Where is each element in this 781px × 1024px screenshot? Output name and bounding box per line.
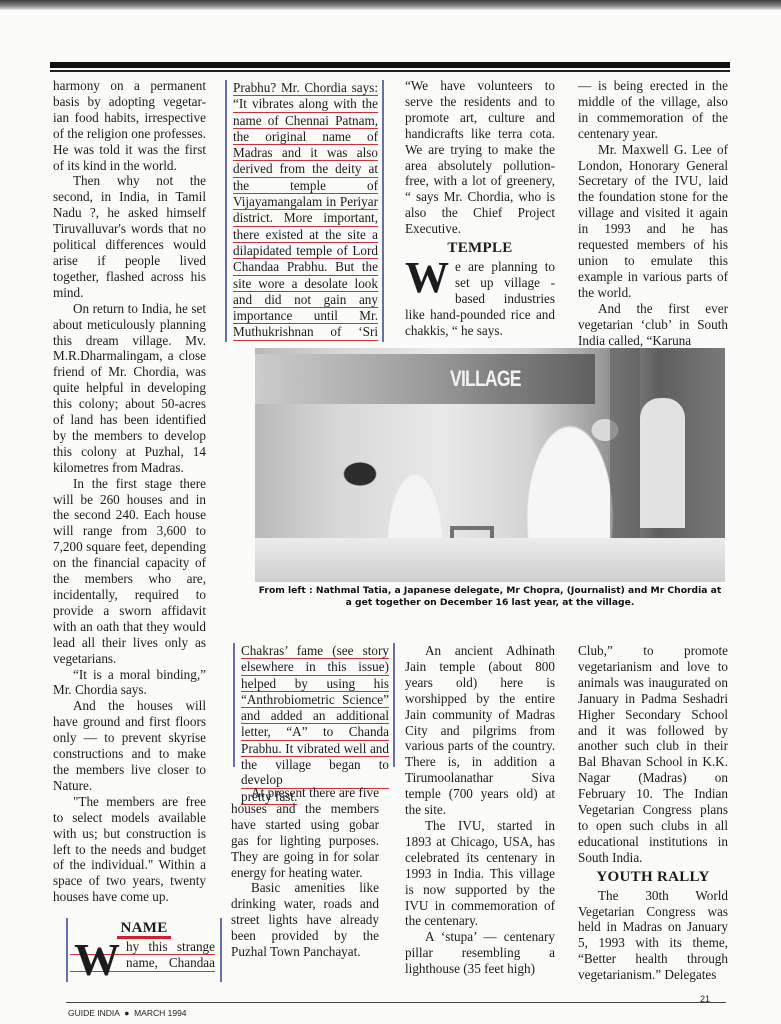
underlined-line: Chakras’ fame (see story bbox=[241, 643, 389, 659]
page-number: 21 bbox=[700, 994, 710, 1004]
paragraph: The 30th World Vegetarian Congress was h… bbox=[578, 888, 728, 983]
paragraph: On return to India, he set about meticul… bbox=[53, 301, 206, 476]
underlined-line: Muthukrishnan of ‘Sri bbox=[233, 324, 378, 340]
bullet-icon: ● bbox=[122, 1008, 132, 1018]
underlined-line: letter, “A” to Chanda bbox=[241, 724, 389, 740]
paragraph: An ancient Adhinath Jain temple (about 8… bbox=[405, 643, 555, 818]
paragraph: And the first ever vegetarian ‘club’ in … bbox=[578, 301, 728, 349]
underlined-line: Chandaa Prabhu. But the bbox=[233, 259, 378, 275]
underlined-line: Madras and it was also bbox=[233, 145, 378, 161]
underlined-line: dilapidated temple of Lord bbox=[233, 243, 378, 259]
underlined-line: the village began to develop bbox=[241, 757, 389, 789]
photo-doorway bbox=[640, 398, 685, 528]
paragraph: A ‘stupa’ — centenary pillar resembling … bbox=[405, 929, 555, 977]
section-heading-youth-rally: YOUTH RALLY bbox=[578, 870, 728, 886]
paragraph: "The members are free to select models a… bbox=[53, 794, 206, 905]
header-rule-thin bbox=[50, 70, 730, 72]
paragraph: Club,” to promote vegetarianism and love… bbox=[578, 643, 728, 866]
paragraph: “We have volunteers to serve the residen… bbox=[405, 78, 555, 237]
underlined-line: the original name of bbox=[233, 129, 378, 145]
underlined-line: and added an additional bbox=[241, 708, 389, 724]
paragraph: “It is a moral binding,” Mr. Chordia say… bbox=[53, 667, 206, 699]
page-top-edge bbox=[0, 0, 781, 10]
paragraph: — is being erected in the middle of the … bbox=[578, 78, 728, 142]
article-column-3-top: “We have volunteers to serve the residen… bbox=[405, 78, 555, 339]
underlined-line: elsewhere in this issue) bbox=[241, 659, 389, 675]
article-column-1: harmony on a permanent basis by adopting… bbox=[53, 78, 206, 905]
underlined-line: “It vibrates along with the bbox=[233, 96, 378, 112]
underlined-line: Prabhu? Mr. Chordia says: bbox=[233, 80, 378, 96]
drop-cap: W bbox=[74, 941, 120, 979]
paragraph: The IVU, started in 1893 at Chicago, USA… bbox=[405, 818, 555, 929]
underlined-line: Vijayamangalam in Periyar bbox=[233, 194, 378, 210]
photo-banner-text: VILLAGE bbox=[450, 366, 521, 392]
article-column-2-bottom: At present there are five houses and the… bbox=[231, 785, 379, 960]
paragraph: We are planning to set up village - base… bbox=[405, 259, 555, 339]
paragraph: harmony on a permanent basis by adopting… bbox=[53, 78, 206, 173]
article-column-4-top: — is being erected in the middle of the … bbox=[578, 78, 728, 348]
article-column-4-bottom: Club,” to promote vegetarianism and love… bbox=[578, 643, 728, 983]
paragraph: Mr. Maxwell G. Lee of London, Honorary G… bbox=[578, 142, 728, 301]
underlined-line: “Anthrobiometric Science” bbox=[241, 692, 389, 708]
underlined-line: district. More important, bbox=[233, 210, 378, 226]
article-column-3-bottom: An ancient Adhinath Jain temple (about 8… bbox=[405, 643, 555, 977]
underlined-line: Prabhu. It vibrated well and bbox=[241, 741, 389, 757]
quote-box-chakras: Chakras’ fame (see story elsewhere in th… bbox=[233, 643, 395, 767]
event-photo: VILLAGE bbox=[255, 348, 725, 582]
paragraph: And the houses will have ground and firs… bbox=[53, 698, 206, 793]
footer-rule bbox=[66, 1002, 726, 1003]
underlined-line: helped by using his bbox=[241, 676, 389, 692]
footer-publication: GUIDE INDIA ● MARCH 1994 bbox=[68, 1008, 187, 1018]
paragraph: Basic amenities like drinking water, roa… bbox=[231, 880, 379, 960]
underlined-line: and did not gain any bbox=[233, 292, 378, 308]
header-rule-thick bbox=[50, 62, 730, 68]
underlined-line: derived from the deity at bbox=[233, 161, 378, 177]
name-section-box: NAME W hy this strange name, Chandaa bbox=[66, 918, 222, 982]
quote-box-prabhu: Prabhu? Mr. Chordia says: “It vibrates a… bbox=[225, 80, 384, 342]
paragraph: In the first stage there will be 260 hou… bbox=[53, 476, 206, 667]
underlined-line: site wore a desolate look bbox=[233, 276, 378, 292]
drop-cap: W bbox=[405, 261, 449, 295]
underlined-line: there existed at the site a bbox=[233, 227, 378, 243]
photo-table bbox=[255, 538, 725, 582]
photo-caption: From left : Nathmal Tatia, a Japanese de… bbox=[255, 585, 725, 609]
underlined-line: name of Chennai Patnam, bbox=[233, 113, 378, 129]
underlined-line: importance until Mr. bbox=[233, 308, 378, 324]
paragraph: Then why not the second, in India, in Ta… bbox=[53, 173, 206, 300]
paragraph: At present there are five houses and the… bbox=[231, 785, 379, 880]
photo-banner bbox=[255, 354, 595, 404]
underlined-line: the temple of bbox=[233, 178, 378, 194]
